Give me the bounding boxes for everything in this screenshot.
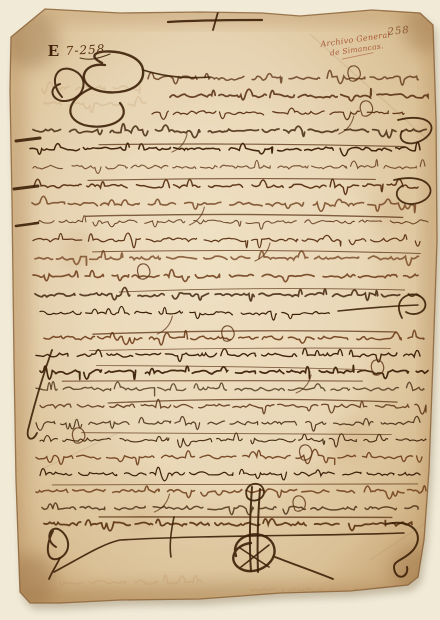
scanned-manuscript-page: E 7-258 258 Archivo General de Simancas. [0, 0, 440, 620]
shelf-mark-number: 7-258 [65, 42, 105, 58]
manuscript-canvas: E 7-258 258 Archivo General de Simancas. [0, 0, 440, 620]
crossbar-stroke [99, 517, 392, 518]
crossbar-stroke [62, 381, 362, 382]
shelf-mark-letter: E [48, 41, 59, 60]
